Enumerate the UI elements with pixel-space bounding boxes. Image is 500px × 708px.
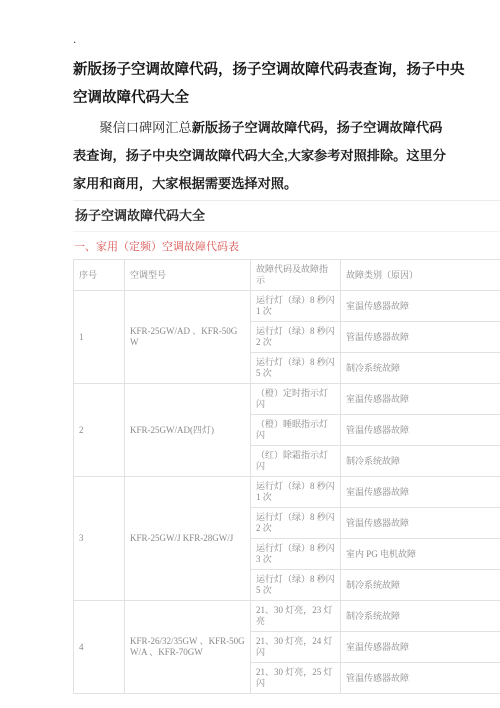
row-number-cell: 1 — [74, 291, 125, 384]
code-cell: （红）除霜指示灯闪 — [251, 446, 341, 477]
row-number-cell: 2 — [74, 384, 125, 477]
model-cell: KFR-25GW/AD(四灯) — [125, 384, 251, 477]
code-cell: 运行灯（绿）8 秒闪 1 次 — [251, 477, 341, 508]
cause-cell: 室温传感器故障 — [341, 384, 500, 415]
cause-cell: 管温传感器故障 — [341, 663, 500, 694]
code-cell: 运行灯（绿）8 秒闪 5 次 — [251, 353, 341, 384]
col-header-model: 空调型号 — [125, 260, 251, 291]
col-header-no: 序号 — [74, 260, 125, 291]
table-row: 4 KFR-26/32/35GW 、KFR-50GW/A 、KFR-70GW 2… — [74, 601, 500, 632]
row-number-cell: 4 — [74, 601, 125, 694]
cause-cell: 管温传感器故障 — [341, 322, 500, 353]
stray-dot: . — [73, 0, 500, 48]
row-number-cell: 3 — [74, 477, 125, 601]
code-cell: 运行灯（绿）8 秒闪 2 次 — [251, 508, 341, 539]
cause-cell: 室温传感器故障 — [341, 632, 500, 663]
code-cell: 21、30 灯亮，24 灯闪 — [251, 632, 341, 663]
model-cell: KFR-25GW/J KFR-28GW/J — [125, 477, 251, 601]
cause-cell: 室内 PG 电机故障 — [341, 539, 500, 570]
code-cell: 21、30 灯亮，25 灯闪 — [251, 663, 341, 694]
document-content: . 新版扬子空调故障代码，扬子空调故障代码表查询，扬子中央空调故障代码大全 聚信… — [0, 0, 500, 694]
table-header-row: 序号 空调型号 故障代码及故障指示 故障类别（原因） — [74, 260, 500, 291]
intro-paragraph: 聚信口碑网汇总新版扬子空调故障代码，扬子空调故障代码表查询，扬子中央空调故障代码… — [73, 114, 448, 198]
document-page: . 新版扬子空调故障代码，扬子空调故障代码表查询，扬子中央空调故障代码大全 聚信… — [0, 0, 500, 708]
code-cell: 运行灯（绿）8 秒闪 2 次 — [251, 322, 341, 353]
table-subheading: 一、家用（定频）空调故障代码表 — [73, 239, 500, 255]
cause-cell: 管温传感器故障 — [341, 508, 500, 539]
col-header-cause: 故障类别（原因） — [341, 260, 500, 291]
model-cell: KFR-26/32/35GW 、KFR-50GW/A 、KFR-70GW — [125, 601, 251, 694]
cause-cell: 制冷系统故障 — [341, 601, 500, 632]
cause-cell: 制冷系统故障 — [341, 353, 500, 384]
section-heading: 扬子空调故障代码大全 — [73, 200, 500, 232]
cause-cell: 管温传感器故障 — [341, 415, 500, 446]
code-cell: （橙）定时指示灯闪 — [251, 384, 341, 415]
code-cell: 运行灯（绿）8 秒闪 5 次 — [251, 570, 341, 601]
table-row: 1 KFR-25GW/AD 、KFR-50GW 运行灯（绿）8 秒闪 1 次 室… — [74, 291, 500, 322]
code-cell: （橙）睡眠指示灯闪 — [251, 415, 341, 446]
cause-cell: 室温传感器故障 — [341, 477, 500, 508]
code-cell: 21、30 灯亮，23 灯亮 — [251, 601, 341, 632]
cause-cell: 制冷系统故障 — [341, 570, 500, 601]
model-cell: KFR-25GW/AD 、KFR-50GW — [125, 291, 251, 384]
fault-code-table: 序号 空调型号 故障代码及故障指示 故障类别（原因） 1 KFR-25GW/AD… — [73, 259, 500, 694]
intro-prefix-text: 聚信口碑网汇总 — [99, 120, 191, 135]
code-cell: 运行灯（绿）8 秒闪 3 次 — [251, 539, 341, 570]
page-title: 新版扬子空调故障代码，扬子空调故障代码表查询，扬子中央空调故障代码大全 — [73, 56, 471, 112]
table-row: 3 KFR-25GW/J KFR-28GW/J 运行灯（绿）8 秒闪 1 次 室… — [74, 477, 500, 508]
table-row: 2 KFR-25GW/AD(四灯) （橙）定时指示灯闪 室温传感器故障 — [74, 384, 500, 415]
cause-cell: 制冷系统故障 — [341, 446, 500, 477]
cause-cell: 室温传感器故障 — [341, 291, 500, 322]
code-cell: 运行灯（绿）8 秒闪 1 次 — [251, 291, 341, 322]
col-header-code: 故障代码及故障指示 — [251, 260, 341, 291]
